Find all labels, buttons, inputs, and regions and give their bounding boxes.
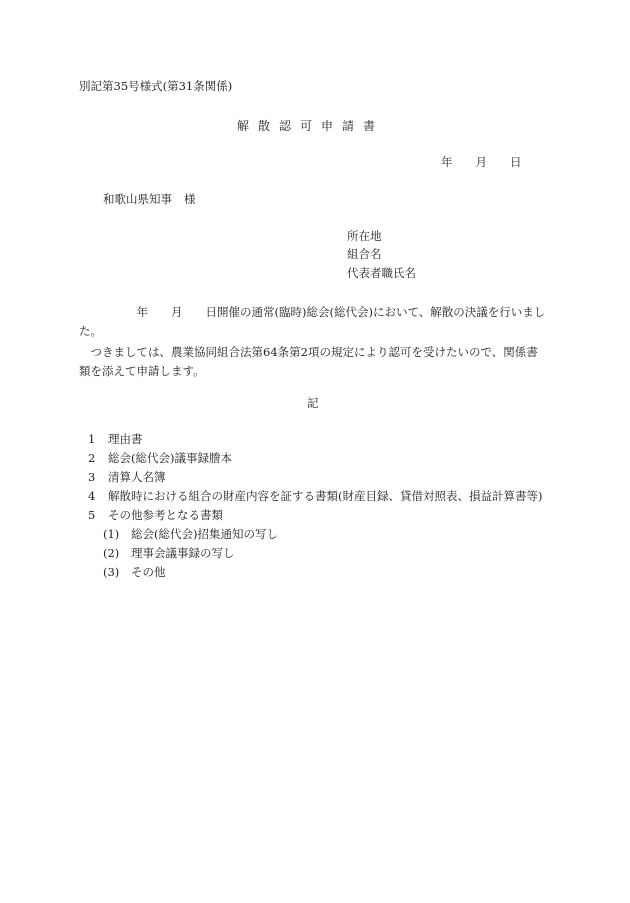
list-item-number: 4 xyxy=(88,491,108,503)
list-item-text: その他参考となる書類 xyxy=(108,508,223,522)
list-item: 2総会(総代会)議事録謄本 xyxy=(88,453,232,465)
month-label: 月 xyxy=(476,157,488,169)
year-label: 年 xyxy=(441,157,453,169)
list-item-number: 2 xyxy=(88,453,108,465)
sub-list-item-number: (2) xyxy=(103,548,131,560)
sub-list-item-text: 理事会議事録の写し xyxy=(131,546,235,560)
ki-heading: 記 xyxy=(307,398,319,410)
document-title: 解散認可申請書 xyxy=(237,120,384,132)
list-item-text: 解散時における組合の財産内容を証する書類(財産目録、貸借対照表、損益計算書等) xyxy=(108,489,542,503)
sub-list-item: (2)理事会議事録の写し xyxy=(103,548,235,560)
list-item: 5その他参考となる書類 xyxy=(88,510,223,522)
applicant-representative-label: 代表者職氏名 xyxy=(347,268,416,280)
list-item-text: 総会(総代会)議事録謄本 xyxy=(108,451,232,465)
sub-list-item-text: その他 xyxy=(131,565,166,579)
list-item-number: 3 xyxy=(88,472,108,484)
list-item: 1理由書 xyxy=(88,434,143,446)
sub-list-item: (1)総会(総代会)招集通知の写し xyxy=(103,529,278,541)
list-item: 4解散時における組合の財産内容を証する書類(財産目録、貸借対照表、損益計算書等) xyxy=(88,491,542,503)
sub-list-item-number: (1) xyxy=(103,529,131,541)
list-item-number: 1 xyxy=(88,434,108,446)
addressee-name: 和歌山県知事 xyxy=(103,192,172,206)
list-item-text: 清算人名簿 xyxy=(108,470,166,484)
date-line: 年月日 xyxy=(441,157,522,169)
list-item-text: 理由書 xyxy=(108,432,143,446)
addressee: 和歌山県知事様 xyxy=(103,194,196,206)
sub-list-item-text: 総会(総代会)招集通知の写し xyxy=(131,527,278,541)
sub-list-item-number: (3) xyxy=(103,567,131,579)
applicant-address-label: 所在地 xyxy=(347,231,382,243)
sub-list-item: (3)その他 xyxy=(103,567,166,579)
addressee-honorific: 様 xyxy=(184,192,196,206)
body-paragraph-request: つきましては、農業協同組合法第64条第2項の規定により認可を受けたいので、関係書… xyxy=(79,343,549,381)
day-label: 日 xyxy=(510,157,522,169)
body-paragraph-resolution: 年 月 日開催の通常(臨時)総会(総代会)において、解散の決議を行いました。 xyxy=(79,303,549,341)
applicant-org-name-label: 組合名 xyxy=(347,249,382,261)
list-item-number: 5 xyxy=(88,510,108,522)
form-label: 別記第35号様式(第31条関係) xyxy=(79,81,232,93)
list-item: 3清算人名簿 xyxy=(88,472,166,484)
